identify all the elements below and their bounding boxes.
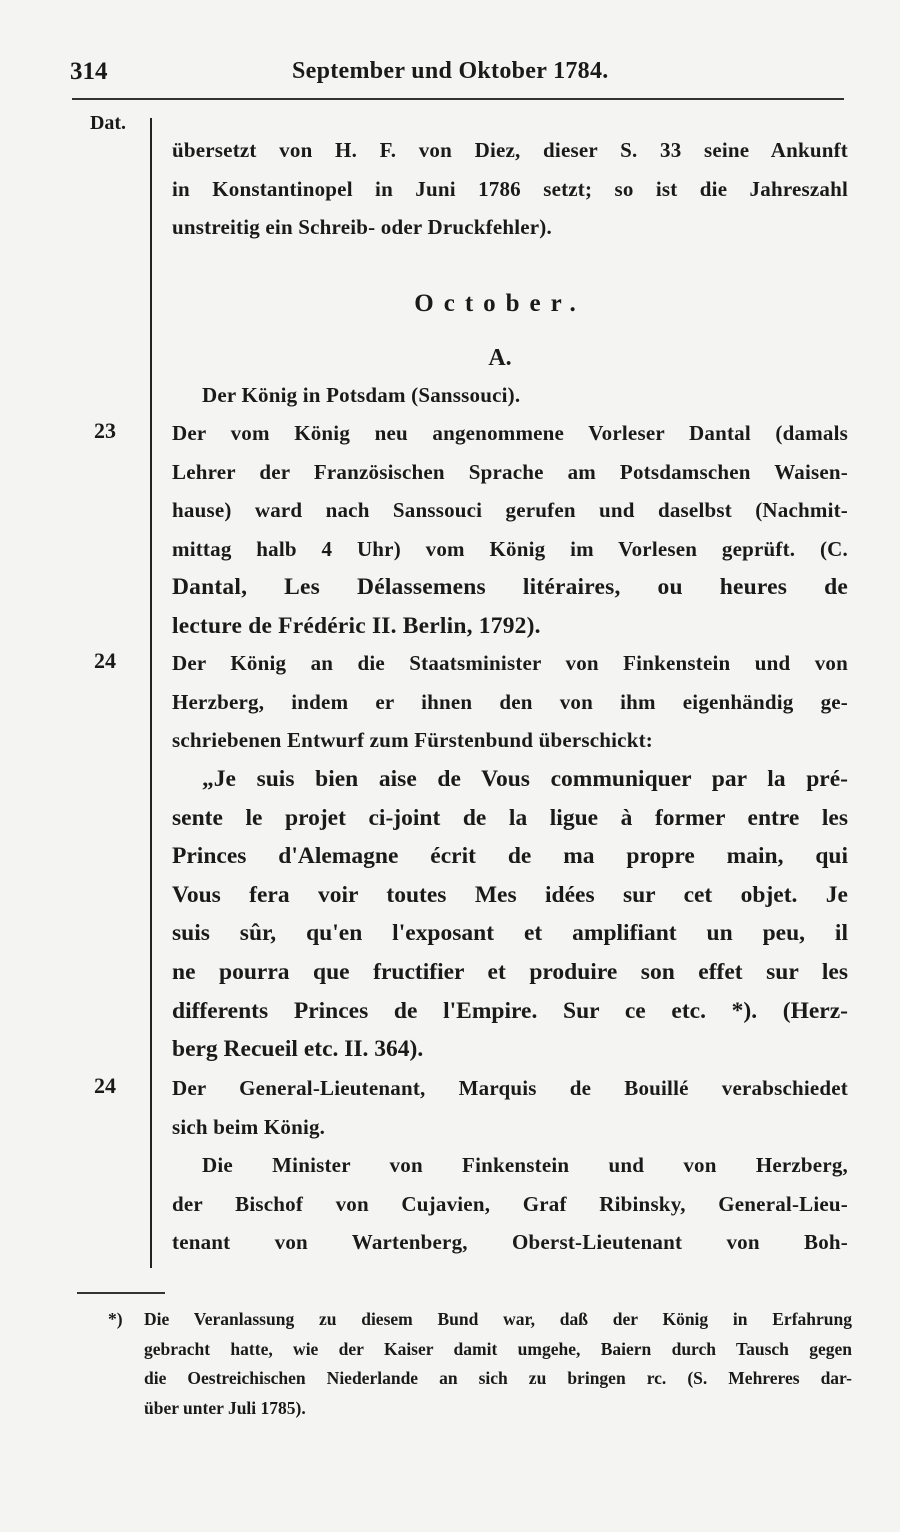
- header-rule: [72, 98, 844, 100]
- text-line: berg Recueil etc. II. 364).: [172, 1030, 848, 1069]
- book-page: 314 September und Oktober 1784. Dat. übe…: [0, 0, 900, 1532]
- text-line: „Je suis bien aise de Vous communiquer p…: [172, 760, 848, 799]
- intro-paragraph: übersetzt von H. F. von Diez, dieser S. …: [172, 131, 848, 247]
- text-line: unstreitig ein Schreib- oder Druckfehler…: [172, 208, 848, 247]
- page-number: 314: [70, 58, 108, 86]
- running-title: September und Oktober 1784.: [292, 58, 609, 85]
- entry-24-bouille: Der General-Lieutenant, Marquis de Bouil…: [172, 1069, 848, 1262]
- text-line: übersetzt von H. F. von Diez, dieser S. …: [172, 131, 848, 170]
- text-line: mittag halb 4 Uhr) vom König im Vorlesen…: [172, 530, 848, 569]
- text-line: der Bischof von Cujavien, Graf Ribinsky,…: [172, 1185, 848, 1224]
- footnote-line: Die Veranlassung zu diesem Bund war, daß…: [144, 1305, 852, 1335]
- text-line: Dantal, Les Délassemens litéraires, ou h…: [172, 568, 848, 607]
- footnote-line: gebracht hatte, wie der Kaiser damit umg…: [144, 1335, 852, 1365]
- section-letter: A.: [150, 345, 850, 372]
- text-line: sich beim König.: [172, 1108, 848, 1147]
- section-title: October.: [150, 290, 850, 318]
- running-header: 314 September und Oktober 1784.: [70, 58, 840, 94]
- text-line: in Konstantinopel in Juni 1786 setzt; so…: [172, 170, 848, 209]
- footnote-rule: [77, 1292, 165, 1294]
- text-line: tenant von Wartenberg, Oberst-Lieutenant…: [172, 1223, 848, 1262]
- text-line: suis sûr, qu'en l'exposant et amplifiant…: [172, 914, 848, 953]
- text-line: hause) ward nach Sanssouci gerufen und d…: [172, 491, 848, 530]
- text-line: Princes d'Alemagne écrit de ma propre ma…: [172, 837, 848, 876]
- entry-date: 23: [70, 418, 140, 444]
- text-line: sente le projet ci-joint de la ligue à f…: [172, 799, 848, 838]
- text-line: Der General-Lieutenant, Marquis de Bouil…: [172, 1069, 848, 1108]
- footnote-marker: *): [108, 1305, 123, 1335]
- location-line: Der König in Potsdam (Sanssouci).: [172, 376, 848, 415]
- text-line: Vous fera voir toutes Mes idées sur cet …: [172, 876, 848, 915]
- entry-23: Der vom König neu angenommene Vorleser D…: [172, 414, 848, 646]
- text-line: Der König an die Staatsminister von Fink…: [172, 644, 848, 683]
- text-line: ne pourra que fructifier et produire son…: [172, 953, 848, 992]
- text-line: Herzberg, indem er ihnen den von ihm eig…: [172, 683, 848, 722]
- french-quote: „Je suis bien aise de Vous communiquer p…: [172, 760, 848, 1069]
- text-line: Der König in Potsdam (Sanssouci).: [172, 376, 848, 415]
- entry-24-letter: Der König an die Staatsminister von Fink…: [172, 644, 848, 760]
- footnote-line: über unter Juli 1785).: [144, 1394, 852, 1424]
- entry-date: 24: [70, 648, 140, 674]
- text-line: Der vom König neu angenommene Vorleser D…: [172, 414, 848, 453]
- text-line: Lehrer der Französischen Sprache am Pots…: [172, 453, 848, 492]
- text-line: Die Minister von Finkenstein und von Her…: [172, 1146, 848, 1185]
- entry-date: 24: [70, 1073, 140, 1099]
- text-line: schriebenen Entwurf zum Fürstenbund über…: [172, 721, 848, 760]
- date-column-label: Dat.: [78, 112, 138, 135]
- text-line: differents Princes de l'Empire. Sur ce e…: [172, 992, 848, 1031]
- footnote-line: die Oestreichischen Niederlande an sich …: [144, 1364, 852, 1394]
- text-line: lecture de Frédéric II. Berlin, 1792).: [172, 607, 848, 646]
